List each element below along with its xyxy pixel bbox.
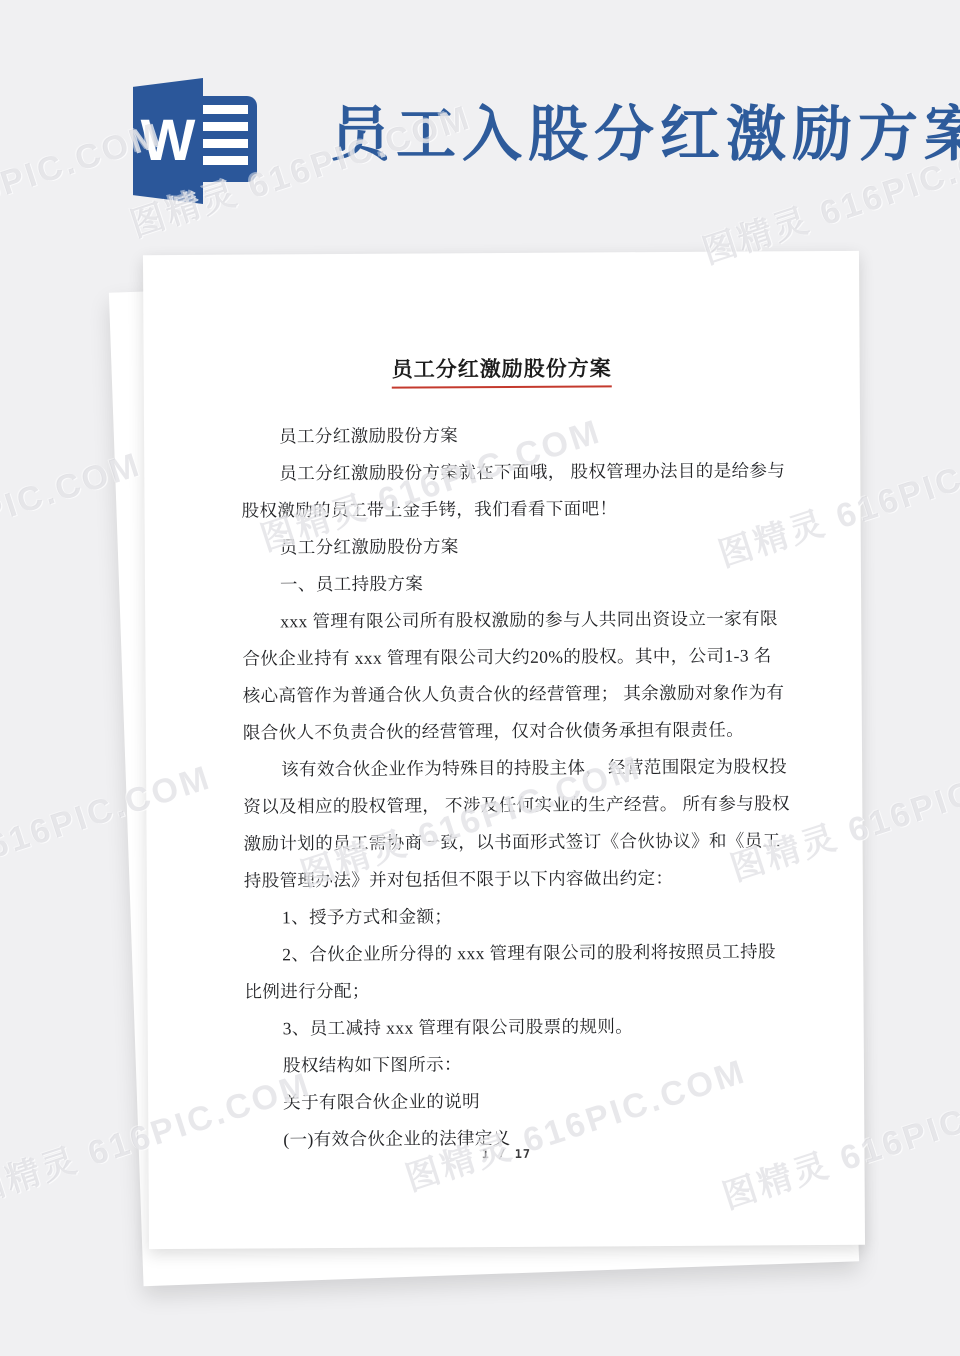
- document-line: 员工分红激励股份方案: [242, 526, 764, 566]
- header: W 员工入股分红激励方案: [0, 0, 960, 230]
- document-line: 资以及相应的股权管理， 不涉及任何实业的生产经营。 所有参与股权: [243, 785, 765, 825]
- document-line: 合伙企业持有 xxx 管理有限公司大约20%的股权。其中，公司1-3 名: [242, 637, 764, 677]
- document-line: 比例进行分配；: [244, 970, 766, 1010]
- document-line: 2、合伙企业所分得的 xxx 管理有限公司的股利将按照员工持股: [244, 933, 766, 973]
- document-line: 激励计划的员工需协商一致，以书面形式签订《合伙协议》和《员工: [243, 822, 765, 862]
- document-line: 持股管理办法》并对包括但不限于以下内容做出约定：: [244, 859, 766, 899]
- document-line: 3、员工减持 xxx 管理有限公司股票的规则。: [245, 1007, 767, 1047]
- document-line: 限合伙人不负责合伙的经营管理，仅对合伙债务承担有限责任。: [243, 711, 765, 751]
- document-line: 该有效合伙企业作为特殊目的持股主体， 经营范围限定为股权投: [243, 748, 765, 788]
- word-icon-cover: W: [133, 78, 203, 204]
- word-icon-lines: [201, 105, 248, 173]
- word-icon-letter: W: [141, 112, 196, 170]
- document-line: 员工分红激励股份方案: [241, 415, 763, 455]
- front-page: 员工分红激励股份方案 员工分红激励股份方案员工分红激励股份方案就在下面哦， 股权…: [143, 251, 865, 1249]
- document-line: xxx 管理有限公司所有股权激励的参与人共同出资设立一家有限: [242, 600, 764, 640]
- document-line: 1、授予方式和金额；: [244, 896, 766, 936]
- document-title: 员工分红激励股份方案: [392, 352, 612, 388]
- document-title-wrap: 员工分红激励股份方案: [144, 351, 860, 390]
- document-line: 关于有限合伙企业的说明: [245, 1081, 767, 1121]
- document-line: 股权结构如下图所示：: [245, 1044, 767, 1084]
- document-line: 员工分红激励股份方案就在下面哦， 股权管理办法目的是给参与: [241, 452, 763, 492]
- word-icon: W: [133, 78, 259, 204]
- document-line: 核心高管作为普通合伙人负责合伙的经营管理； 其余激励对象作为有: [243, 674, 765, 714]
- document-body: 员工分红激励股份方案员工分红激励股份方案就在下面哦， 股权管理办法目的是给参与股…: [241, 415, 768, 1158]
- document-line: 一、员工持股方案: [242, 563, 764, 603]
- page-number: 1 / 17: [148, 1145, 864, 1163]
- page-title: 员工入股分红激励方案: [330, 102, 960, 168]
- document-line: 股权激励的员工带上金手铐，我们看看下面吧！: [241, 489, 763, 529]
- page-background: { "header": { "title": "员工入股分红激励方案", "ti…: [0, 0, 960, 1356]
